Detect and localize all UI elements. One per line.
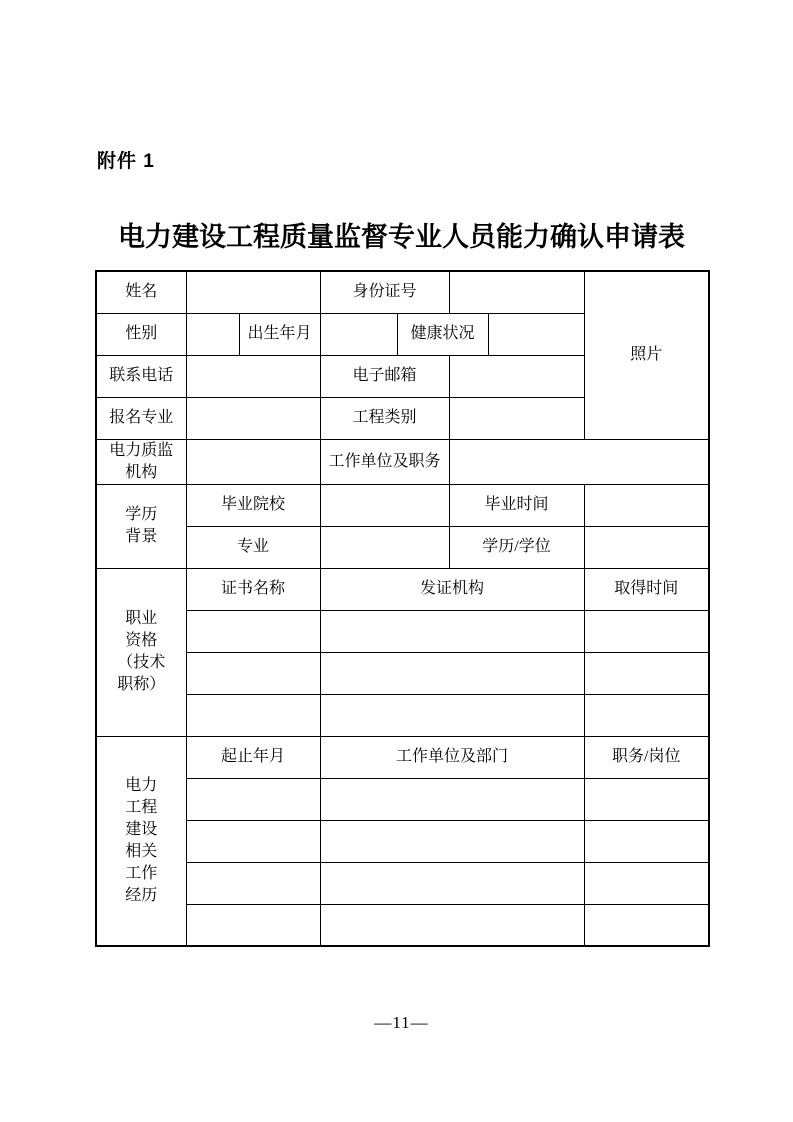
school-value-cell [320,484,449,526]
issuer-label: 发证机构 [320,568,584,610]
page-title: 电力建设工程质量监督专业人员能力确认申请表 [95,221,708,253]
unit-dept-value-cell [320,778,584,820]
row-name-id: 姓名 身份证号 照片 [96,271,709,313]
degree-label: 学历/学位 [449,526,584,568]
cert-name-label: 证书名称 [186,568,320,610]
period-value-cell [186,778,320,820]
position-value-cell [584,778,709,820]
row-agency-workunit: 电力质监 机构 工作单位及职务 [96,439,709,484]
unit-dept-value-cell [320,862,584,904]
project-type-value-cell [449,397,584,439]
cert-name-value-cell [186,652,320,694]
email-label: 电子邮箱 [320,355,449,397]
unit-dept-value-cell [320,904,584,946]
period-label: 起止年月 [186,736,320,778]
quality-agency-value-cell [186,439,320,484]
issuer-value-cell [320,652,584,694]
experience-blank-row [96,778,709,820]
position-label: 职务/岗位 [584,736,709,778]
page-number: —11— [95,1013,708,1033]
grad-time-value-cell [584,484,709,526]
unit-dept-label: 工作单位及部门 [320,736,584,778]
applied-major-label: 报名专业 [96,397,186,439]
obtained-label: 取得时间 [584,568,709,610]
work-unit-value-cell [449,439,709,484]
position-value-cell [584,862,709,904]
obtained-value-cell [584,652,709,694]
applied-major-value-cell [186,397,320,439]
experience-blank-row [96,904,709,946]
photo-label: 照片 [584,271,709,439]
position-value-cell [584,820,709,862]
qualification-blank-row [96,652,709,694]
gender-label: 性别 [96,313,186,355]
experience-blank-row [96,862,709,904]
health-value-cell [488,313,584,355]
qualification-section-label: 职业 资格 （技术 职称） [96,568,186,736]
school-label: 毕业院校 [186,484,320,526]
id-number-label: 身份证号 [320,271,449,313]
issuer-value-cell [320,610,584,652]
cert-name-value-cell [186,694,320,736]
period-value-cell [186,820,320,862]
phone-label: 联系电话 [96,355,186,397]
row-education-school: 学历 背景 毕业院校 毕业时间 [96,484,709,526]
row-experience-header: 电力 工程 建设 相关 工作 经历 起止年月 工作单位及部门 职务/岗位 [96,736,709,778]
birth-date-label: 出生年月 [239,313,320,355]
name-label: 姓名 [96,271,186,313]
cert-name-value-cell [186,610,320,652]
experience-section-label: 电力 工程 建设 相关 工作 经历 [96,736,186,946]
qualification-blank-row [96,694,709,736]
quality-agency-label: 电力质监 机构 [96,439,186,484]
obtained-value-cell [584,694,709,736]
name-value-cell [186,271,320,313]
phone-value-cell [186,355,320,397]
row-education-major: 专业 学历/学位 [96,526,709,568]
attachment-label: 附件 1 [97,146,155,173]
qualification-blank-row [96,610,709,652]
id-number-value-cell [449,271,584,313]
row-qualification-header: 职业 资格 （技术 职称） 证书名称 发证机构 取得时间 [96,568,709,610]
issuer-value-cell [320,694,584,736]
period-value-cell [186,904,320,946]
work-unit-label: 工作单位及职务 [320,439,449,484]
gender-value-cell [186,313,239,355]
health-label: 健康状况 [397,313,488,355]
email-value-cell [449,355,584,397]
unit-dept-value-cell [320,820,584,862]
birth-date-value-cell [320,313,397,355]
project-type-label: 工程类别 [320,397,449,439]
education-section-label: 学历 背景 [96,484,186,568]
position-value-cell [584,904,709,946]
grad-time-label: 毕业时间 [449,484,584,526]
application-form-table: 姓名 身份证号 照片 性别 出生年月 健康状况 联系电话 电子邮箱 报名专业 工… [95,270,710,947]
major-value-cell [320,526,449,568]
period-value-cell [186,862,320,904]
obtained-value-cell [584,610,709,652]
experience-blank-row [96,820,709,862]
major-label: 专业 [186,526,320,568]
degree-value-cell [584,526,709,568]
